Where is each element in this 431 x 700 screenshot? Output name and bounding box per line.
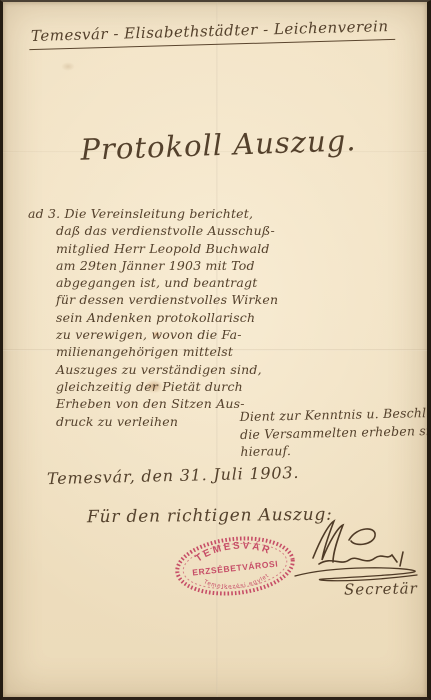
body-line: zu verewigen, wovon die Fa- [28,326,253,343]
signature [291,518,431,584]
body-line: druck zu verleihen [28,413,253,430]
side-note-line: hierauf. [240,439,431,461]
body-line: gleichzeitig der Pietät durch [28,378,253,395]
paper-stain [61,62,75,71]
body-line: sein Andenken protokollarisch [28,309,253,326]
body-line: daß das verdienstvolle Ausschuß- [28,222,253,239]
signature-tick-stroke [400,552,403,566]
body-line: für dessen verdienstvolles Wirken [28,291,253,308]
body-line: Erheben von den Sitzen Aus- [28,395,253,412]
signature-title: Secretär [344,579,418,598]
resolution-note: Dient zur Kenntnis u. Beschluß die Versa… [239,404,431,461]
body-line: milienangehörigen mittelst [28,343,253,360]
signature-name-stroke [319,555,397,564]
body-line: abgegangen ist, und beantragt [28,274,253,291]
protocol-body: ad 3. Die Vereinsleitung berichtet, daß … [28,205,253,430]
body-line: ad 3. Die Vereinsleitung berichtet, [28,205,253,222]
association-name: Temesvár - Elisabethstädter - Leichenver… [29,17,395,50]
body-line: am 29ten Jänner 1903 mit Tod [28,257,253,274]
document-page: Temesvár - Elisabethstädter - Leichenver… [0,0,431,700]
place-date-line: Temesvár, den 31. Juli 1903. [47,463,300,488]
official-stamp: TEMESVÁR ERZSÉBETVÁROSI Temetkezési egyl… [170,530,300,603]
body-line: Auszuges zu verständigen sind, [28,361,253,378]
body-line: mitglied Herr Leopold Buchwald [28,240,253,257]
signature-initial-stroke [313,521,343,562]
stamp-text-bottom: Temetkezési egylet [202,572,272,593]
signature-loop-stroke [349,529,375,544]
